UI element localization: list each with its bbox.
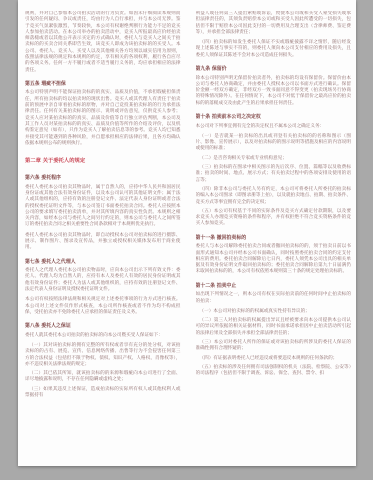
article-heading: 第六条 委托程序 xyxy=(25,175,181,182)
paragraph: 本公司对下列事宜拥有完全的决定权且不属本公司之确定义务： xyxy=(196,124,352,130)
list-item: （三）本公司对委托人所作的保证或对该拍卖标的所涉及的委托人保证的准确性拥有合理怀… xyxy=(196,340,352,353)
list-item: （一）本公司对拍卖标的的权属或真实性持有异议的； xyxy=(196,309,352,315)
list-item: （三）拍卖标的在图录中相关图示的先后次序、位置、篇幅等以及收费标准；拍卖的时间、… xyxy=(196,165,352,184)
paragraph: 除本公司特别声明无保留价拍卖者外，拍卖标的均设有保留价。保留价由本公司与委托人协… xyxy=(196,76,352,107)
chapter-heading: 第二章 关于委托人的规定 xyxy=(25,158,181,165)
article-heading: 第十条 拍卖前本公司之决定权 xyxy=(196,114,352,121)
article-heading: 第八条 委托人之保证 xyxy=(25,323,181,330)
article-heading: 第五条 瑕疵不担保 xyxy=(25,81,181,88)
list-item: （三）如果其违反上述保证，造成拍卖标的实际所有权人或其他权利人或票据持有 xyxy=(25,387,181,400)
paragraph: 规则，并对自己参加本公司拍卖活动的行为负责。如因未仔细阅读本规则而引发的任何疑问… xyxy=(25,11,181,74)
article-heading: 第九条 保留价 xyxy=(196,66,352,73)
list-item: （五）拍卖标的涉及任何拥有司法强制权的机关（法院、检察院、公安等）的司法程序（包… xyxy=(196,365,352,378)
two-column-layout: 规则，并对自己参加本公司拍卖活动的行为负责。如因未仔细阅读本规则而引发的任何疑问… xyxy=(18,0,356,463)
paragraph: 委托人委托本公司拍卖其物品时，属于自然人的，应持中华人民共和国居民身份证或其他合… xyxy=(25,185,181,229)
list-item: （一）是否就某一拍卖标的出具或刊登有关拍卖标的的名称和图示（图片、影像、宣传展示… xyxy=(196,134,352,153)
paragraph: 委托人就其委托本公司拍卖的拍卖标的向本公司暨买受人保证如下： xyxy=(25,333,181,339)
list-item: （四）有证据表明委托人已经违反或将要违反本规则的任何条款的； xyxy=(196,356,352,362)
right-column: 利益人或任何第三人提出索赔或诉讼，致使本公司或和买受人蒙受损失或承担法律责任的，… xyxy=(196,11,352,463)
paragraph: 委托人之代理人委托本公司拍卖物品时，应向本公司出示下列有效文件：委托人、代理人均… xyxy=(25,268,181,293)
paragraph: 委托人委托本公司拍卖其物品时，即自动授权本公司对拍卖标的进行摄影、展示、制作图片… xyxy=(25,233,181,252)
list-item: （四）除非本公司与委托人另有约定，本公司可将委托人所委托的拍卖标的编入本公司图录… xyxy=(196,187,352,206)
list-item: （二）其已依其所知，就该拍卖标的的来源和瑕疵向本公司进行了全面、详尽地披露和说明… xyxy=(25,371,181,384)
list-item: （一）其对该拍卖标的拥有完整的所有权或者享有充分的处分权，对该拍卖标的的占有、展… xyxy=(25,343,181,368)
paragraph: 本公司有权按照法律法规和相关规定对上述委托事项的行为方式进行核查。本公司对上述文… xyxy=(25,297,181,316)
article-heading: 第十一条 撤回拍卖标的 xyxy=(196,235,352,242)
list-item: （二）第三人对拍卖标的权属提出异议且经被要求向本公司提供本公司认可的异议所依据的… xyxy=(196,318,352,337)
paragraph: 如出现下列情况之一，则本公司有权在实际拍卖前的任何时间中止拍卖标的的拍卖： xyxy=(196,292,352,305)
list-item: （二）是否咨询相关专家或专业机构意见； xyxy=(196,156,352,162)
document-page: 规则，并对自己参加本公司拍卖活动的行为负责。如因未仔细阅读本规则而引发的任何疑问… xyxy=(18,0,356,466)
list-item: （五）本公司有权基于不同的实际条件及竞买方式确定付款期限，以及要求竞买人办理竞买… xyxy=(196,209,352,228)
article-heading: 第十二条 拍卖中止 xyxy=(196,283,352,290)
article-heading: 第七条 委托人之代理人 xyxy=(25,259,181,266)
paragraph: 利益人或任何第三人提出索赔或诉讼，致使本公司或和买受人蒙受损失或承担法律责任的，… xyxy=(196,11,352,36)
paragraph: 本公司特别声明不能保证拍卖标的的真实、品质及价值，不承担瑕疵担保责任，所有拍卖标… xyxy=(25,90,181,147)
list-item: （四）拍卖标的如发生委托人保证不实或瑕疵披露不详之情形，随后经发现上述陈述与事实… xyxy=(196,40,352,59)
left-column: 规则，并对自己参加本公司拍卖活动的行为负责。如因未仔细阅读本规则而引发的任何疑问… xyxy=(25,11,181,463)
paragraph: 委托人与本公司解除委托拍卖合同或者撤回拍卖标的的，须于拍卖日前以书面形式通知本公… xyxy=(196,244,352,275)
